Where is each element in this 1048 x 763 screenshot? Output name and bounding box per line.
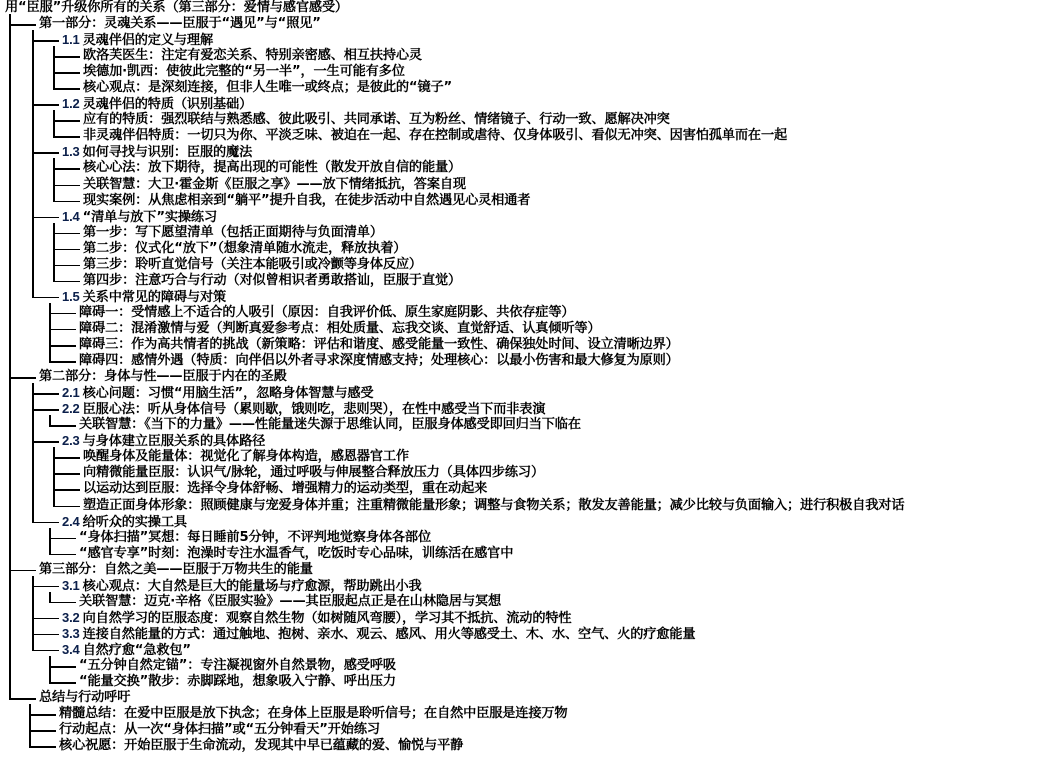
tree-branch-connector [29,714,56,716]
node-text: 非灵魂伴侣特质：一切只为你、平淡乏味、被迫在一起、存在控制或虐待、仅身体吸引、看… [83,128,787,143]
node-text: 灵魂伴侣的特质（识别基础） [83,97,253,112]
node-text: 向自然学习的臣服态度：观察自然生物（如树随风弯腰），学习其不抵抗、流动的特性 [83,611,572,626]
tree-title: 用“臣服”升级你所有的关系（第三部分：爱情与感官感受） [5,0,348,16]
node-text: 唤醒身体及能量体：视觉化了解身体构造，感恩器官工作 [83,449,409,464]
node-text: 欧洛芙医生：注定有爱恋关系、特别亲密感、相互扶持心灵 [83,48,422,63]
tree-node-level-2: 1.1灵魂伴侣的定义与理解 [62,32,213,48]
tree-trunk-line [32,383,34,522]
node-text: 第四步：注意巧合与行动（对似曾相识者勇敢搭讪，臣服于直觉） [83,273,461,288]
tree-trunk-line [49,528,51,555]
node-text: “能量交换”散步：赤脚踩地，想象吸入宁静、呼出压力 [79,674,396,689]
tree-node-level-3: 第四步：注意巧合与行动（对似曾相识者勇敢搭讪，臣服于直觉） [83,273,461,289]
node-text: 障碍一：受情感上不适合的人吸引（原因：自我评价低、原生家庭阴影、共依存症等） [79,305,574,320]
tree-branch-connector [49,345,76,347]
tree-trunk-line [49,592,51,603]
node-text: 核心问题：习惯“用脑生活”，忽略身体智慧与感受 [83,386,374,401]
tree-trunk-line [32,30,34,298]
tree-node-level-3: 应有的特质：强烈联结与熟悉感、彼此吸引、共同承诺、互为粉丝、情绪镜子、行动一致、… [83,112,670,128]
tree-branch-connector [53,506,80,508]
tree-branch-connector [49,682,76,684]
tree-node-level-3: “身体扫描”冥想：每日睡前5分钟，不评判地觉察身体各部位 [79,530,431,546]
tree-node-level-2: 2.4给听众的实操工具 [62,514,187,530]
tree-branch-connector [32,297,59,299]
section-number: 1.4 [62,209,80,224]
tree-branch-connector [53,56,80,58]
tree-node-level-3: 关联智慧：大卫·霍金斯《臣服之享》——放下情绪抵抗，答案自现 [83,177,466,193]
tree-branch-connector [9,698,36,700]
node-text: 应有的特质：强烈联结与熟悉感、彼此吸引、共同承诺、互为粉丝、情绪镜子、行动一致、… [83,112,670,127]
tree-branch-connector [53,233,80,235]
section-number: 2.1 [62,385,80,400]
node-text: 关联智慧：大卫·霍金斯《臣服之享》——放下情绪抵抗，答案自现 [83,177,466,192]
tree-branch-connector [9,24,36,26]
node-text: 自然疗愈“急救包” [83,643,191,658]
node-text: 障碍三：作为高共情者的挑战（新策略：评估和谐度、感受能量一致性、确保独处时间、设… [79,337,679,352]
tree-node-level-1: 第三部分：自然之美——臣服于万物共生的能量 [39,562,313,578]
tree-branch-connector [32,409,59,411]
tree-node-level-2: 1.2灵魂伴侣的特质（识别基础） [62,96,252,112]
tree-node-level-2: 2.3与身体建立臣服关系的具体路径 [62,433,265,449]
node-text: 核心观点：是深刻连接，但非人生唯一或终点；是彼此的“镜子” [83,80,452,95]
tree-node-level-2: 核心祝愿：开始臣服于生命流动，发现其中早已蕴藏的爱、愉悦与平静 [59,738,463,754]
tree-branch-connector [32,393,59,395]
tree-node-level-2: 行动起点：从一次“身体扫描”或“五分钟看天”开始练习 [59,722,380,738]
tree-node-level-3: 以运动达到臣服：选择令身体舒畅、增强精力的运动类型，重在动起来 [83,481,487,497]
node-text: 以运动达到臣服：选择令身体舒畅、增强精力的运动类型，重在动起来 [83,481,487,496]
tree-branch-connector [53,88,80,90]
tree-branch-connector [32,586,59,588]
tree-branch-connector [53,136,80,138]
tree-node-level-1: 第二部分：身体与性——臣服于内在的圣殿 [39,369,287,385]
tree-node-level-1: 总结与行动呼吁 [39,690,130,706]
node-text: 第一步：写下愿望清单（包括正面期待与负面清单） [83,225,383,240]
tree-node-level-2: 3.1核心观点：大自然是巨大的能量场与疗愈源，帮助跳出小我 [62,578,422,594]
tree-branch-connector [53,120,80,122]
tree-node-level-3: “五分钟自然定锚”：专注凝视窗外自然景物，感受呼吸 [79,658,396,674]
node-text: 精髓总结：在爱中臣服是放下执念；在身体上臣服是聆听信号；在自然中臣服是连接万物 [59,706,567,721]
tree-branch-connector [32,152,59,154]
section-number: 3.2 [62,610,80,625]
tree-branch-connector [29,730,56,732]
node-text: “感官专享”时刻：泡澡时专注水温香气，吃饭时专心品味，训练活在感官中 [79,546,513,561]
tree-branch-connector [49,425,76,427]
tree-branch-connector [32,40,59,42]
tree-node-level-2: 2.2臣服心法：听从身体信号（累则歇，饿则吃，悲则哭），在性中感受当下而非表演 [62,401,545,417]
node-text: 连接自然能量的方式：通过触地、抱树、亲水、观云、感风、用火等感受土、木、水、空气… [83,627,696,642]
tree-node-level-3: 欧洛芙医生：注定有爱恋关系、特别亲密感、相互扶持心灵 [83,48,422,64]
tree-branch-connector [49,313,76,315]
tree-branch-connector [53,168,80,170]
section-number: 1.5 [62,289,80,304]
node-text: 灵魂伴侣的定义与理解 [83,33,213,48]
node-text: 核心心法：放下期待，提高出现的可能性（散发开放自信的能量） [83,160,461,175]
tree-trunk-line [9,14,11,699]
tree-branch-connector [32,522,59,524]
tree-branch-connector [53,72,80,74]
tree-branch-connector [53,473,80,475]
node-text: 第三部分：自然之美——臣服于万物共生的能量 [39,562,313,577]
tree-node-level-2: 3.3连接自然能量的方式：通过触地、抱树、亲水、观云、感风、用火等感受土、木、水… [62,626,695,642]
tree-branch-connector [9,377,36,379]
tree-node-level-3: “感官专享”时刻：泡澡时专注水温香气，吃饭时专心品味，训练活在感官中 [79,546,513,562]
tree-node-level-3: 埃德加·凯西：使彼此完整的“另一半”，一生可能有多位 [83,64,405,80]
tree-node-level-3: 第三步：聆听直觉信号（关注本能吸引或冷颤等身体反应） [83,257,422,273]
tree-branch-connector [49,666,76,668]
node-text: 关系中常见的障碍与对策 [83,290,226,305]
node-text: 第三步：聆听直觉信号（关注本能吸引或冷颤等身体反应） [83,257,422,272]
tree-branch-connector [53,185,80,187]
tree-node-level-2: 1.3如何寻找与识别：臣服的魔法 [62,144,252,160]
tree-node-level-3: 关联智慧：迈克·辛格《臣服实验》——其臣服起点正是在山林隐居与冥想 [79,594,501,610]
tree-branch-connector [49,361,76,363]
node-text: 塑造正面身体形象：照顾健康与宠爱身体并重；注重精微能量形象；调整与食物关系；散发… [83,498,904,513]
section-number: 1.1 [62,32,80,47]
node-text: 障碍二：混淆激情与爱（判断真爱参考点：相处质量、忘我交谈、直觉舒适、认真倾听等） [79,321,601,336]
tree-node-level-3: 非灵魂伴侣特质：一切只为你、平淡乏味、被迫在一起、存在控制或虐待、仅身体吸引、看… [83,128,787,144]
tree-node-level-3: 向精微能量臣服：认识气/脉轮，通过呼吸与伸展整合释放压力（具体四步练习） [83,465,544,481]
section-number: 1.2 [62,96,80,111]
tree-trunk-line [53,46,55,89]
tree-trunk-line [29,704,31,747]
node-text: 关联智慧：迈克·辛格《臣服实验》——其臣服起点正是在山林隐居与冥想 [79,594,501,609]
tree-branch-connector [53,281,80,283]
section-number: 1.3 [62,144,80,159]
tree-trunk-line [49,303,51,362]
node-text: 核心祝愿：开始臣服于生命流动，发现其中早已蕴藏的爱、愉悦与平静 [59,738,463,753]
tree-node-level-3: 障碍二：混淆激情与爱（判断真爱参考点：相处质量、忘我交谈、直觉舒适、认真倾听等） [79,321,601,337]
section-number: 3.1 [62,578,80,593]
tree-trunk-line [53,447,55,506]
tree-node-level-3: 现实案例：从焦虑相亲到“躺平”提升自我，在徒步活动中自然遇见心灵相通者 [83,193,530,209]
tree-branch-connector [53,489,80,491]
tree-branch-connector [32,634,59,636]
tree-node-level-2: 1.5关系中常见的障碍与对策 [62,289,226,305]
section-number: 3.3 [62,626,80,641]
tree-node-level-3: 塑造正面身体形象：照顾健康与宠爱身体并重；注重精微能量形象；调整与食物关系；散发… [83,498,904,514]
tree-branch-connector [32,104,59,106]
tree-node-level-3: 核心心法：放下期待，提高出现的可能性（散发开放自信的能量） [83,160,461,176]
node-text: 第二部分：身体与性——臣服于内在的圣殿 [39,369,287,384]
tree-node-level-2: 精髓总结：在爱中臣服是放下执念；在身体上臣服是聆听信号；在自然中臣服是连接万物 [59,706,567,722]
tree-branch-connector [49,538,76,540]
node-text: 核心观点：大自然是巨大的能量场与疗愈源，帮助跳出小我 [83,579,422,594]
node-text: 障碍四：感情外遇（特质：向伴侣以外者寻求深度情感支持；处理核心：以最小伤害和最大… [79,353,679,368]
tree-node-level-2: 2.1核心问题：习惯“用脑生活”，忽略身体智慧与感受 [62,385,373,401]
tree-branch-connector [32,217,59,219]
node-text: “清单与放下”实操练习 [83,210,217,225]
node-text: 第一部分：灵魂关系——臣服于“遇见”与“照见” [39,16,321,31]
node-text: 给听众的实操工具 [83,515,187,530]
section-number: 3.4 [62,642,80,657]
tree-node-level-1: 第一部分：灵魂关系——臣服于“遇见”与“照见” [39,16,321,32]
tree-node-level-3: 核心观点：是深刻连接，但非人生唯一或终点；是彼此的“镜子” [83,80,452,96]
section-number: 2.3 [62,433,80,448]
tree-node-level-2: 3.2向自然学习的臣服态度：观察自然生物（如树随风弯腰），学习其不抵抗、流动的特… [62,610,571,626]
tree-node-level-3: 第一步：写下愿望清单（包括正面期待与负面清单） [83,225,383,241]
tree-branch-connector [49,602,76,604]
node-text: 埃德加·凯西：使彼此完整的“另一半”，一生可能有多位 [83,64,405,79]
node-text: 臣服心法：听从身体信号（累则歇，饿则吃，悲则哭），在性中感受当下而非表演 [83,402,546,417]
node-text: “五分钟自然定锚”：专注凝视窗外自然景物，感受呼吸 [79,658,396,673]
node-text: 如何寻找与识别：臣服的魔法 [83,145,253,160]
tree-branch-connector [32,618,59,620]
node-text: 行动起点：从一次“身体扫描”或“五分钟看天”开始练习 [59,722,380,737]
tree-trunk-line [49,415,51,426]
tree-branch-connector [9,570,36,572]
node-text: 关联智慧：《当下的力量》——性能量迷失源于思维认同，臣服身体感受即回归当下临在 [79,417,581,432]
node-text: 向精微能量臣服：认识气/脉轮，通过呼吸与伸展整合释放压力（具体四步练习） [83,465,544,480]
tree-node-level-3: 障碍三：作为高共情者的挑战（新策略：评估和谐度、感受能量一致性、确保独处时间、设… [79,337,679,353]
tree-branch-connector [53,265,80,267]
tree-node-level-2: 1.4“清单与放下”实操练习 [62,209,217,225]
tree-trunk-line [53,110,55,137]
tree-node-level-3: “能量交换”散步：赤脚踩地，想象吸入宁静、呼出压力 [79,674,396,690]
node-text: “身体扫描”冥想：每日睡前5分钟，不评判地觉察身体各部位 [79,530,431,545]
tree-branch-connector [32,650,59,652]
tree-node-level-2: 3.4自然疗愈“急救包” [62,642,191,658]
tree-branch-connector [49,554,76,556]
tree-branch-connector [53,249,80,251]
tree-trunk-line [53,223,55,282]
tree-node-level-3: 唤醒身体及能量体：视觉化了解身体构造，感恩器官工作 [83,449,409,465]
tree-branch-connector [53,201,80,203]
node-text: 总结与行动呼吁 [39,690,130,705]
tree-trunk-line [32,576,34,651]
tree-node-level-3: 障碍四：感情外遇（特质：向伴侣以外者寻求深度情感支持；处理核心：以最小伤害和最大… [79,353,679,369]
tree-node-level-3: 关联智慧：《当下的力量》——性能量迷失源于思维认同，臣服身体感受即回归当下临在 [79,417,581,433]
tree-branch-connector [29,746,56,748]
node-text: 现实案例：从焦虑相亲到“躺平”提升自我，在徒步活动中自然遇见心灵相通者 [83,193,530,208]
tree-trunk-line [53,158,55,201]
section-number: 2.2 [62,401,80,416]
section-number: 2.4 [62,514,80,529]
tree-branch-connector [32,441,59,443]
node-text: 与身体建立臣服关系的具体路径 [83,434,266,449]
tree-node-level-3: 第二步：仪式化“放下”（想象清单随水流走，释放执着） [83,241,406,257]
tree-trunk-line [49,656,51,683]
node-text: 第二步：仪式化“放下”（想象清单随水流走，释放执着） [83,241,406,256]
tree-branch-connector [49,329,76,331]
tree-node-level-3: 障碍一：受情感上不适合的人吸引（原因：自我评价低、原生家庭阴影、共依存症等） [79,305,574,321]
tree-branch-connector [53,457,80,459]
